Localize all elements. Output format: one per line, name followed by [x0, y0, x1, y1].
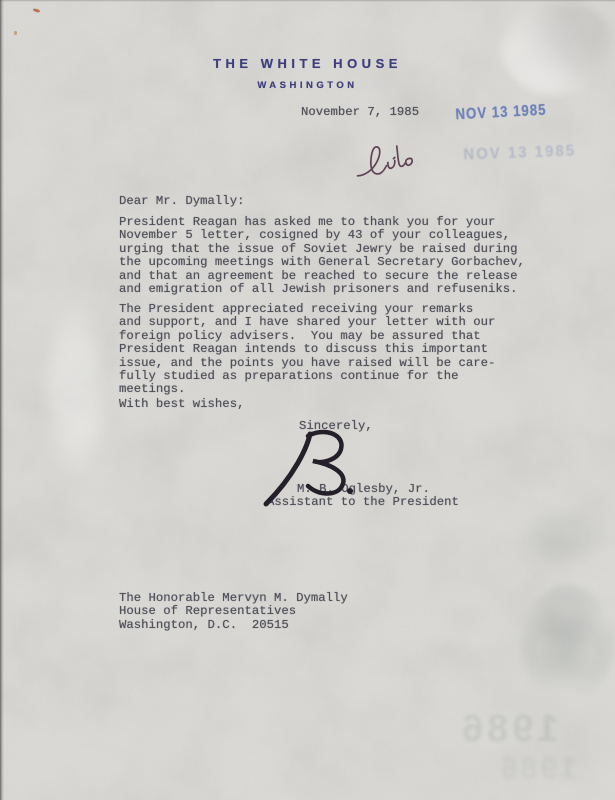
letterhead: THE WHITE HOUSE WASHINGTON — [0, 56, 615, 91]
file-note-i-stroke — [387, 160, 395, 168]
bleedthrough-swirl-mid — [520, 505, 610, 565]
date-received-stamp: NOV 13 1985 — [455, 100, 547, 122]
bleedthrough-year-text-2: 1986 — [498, 752, 577, 786]
signature-period-dot — [347, 488, 353, 494]
scan-edge-shadow-top — [0, 0, 615, 2]
handwritten-file-note-icon — [347, 135, 421, 190]
letterhead-title: THE WHITE HOUSE — [0, 56, 615, 71]
paper-mottle-highlight — [40, 300, 110, 480]
bleedthrough-year-text: 1986 — [458, 708, 559, 751]
recipient-address-block: The Honorable Mervyn M. Dymally House of… — [119, 592, 348, 632]
signature-stem-stroke — [266, 434, 310, 504]
paragraph-1: President Reagan has asked me to thank y… — [119, 216, 525, 296]
signature-icon — [246, 428, 368, 510]
paper-texture — [0, 0, 615, 800]
valediction: With best wishes, — [119, 398, 244, 411]
bleedthrough-crest-shape — [520, 585, 615, 700]
file-note-l-stroke — [396, 145, 405, 167]
signature-loops-stroke — [308, 432, 343, 493]
letter-date: November 7, 1985 — [301, 106, 419, 119]
file-note-e-stroke — [405, 158, 412, 165]
letter-page: 1986 1986 THE WHITE HOUSE WASHINGTON Nov… — [0, 0, 615, 800]
orange-ink-speck — [14, 31, 17, 35]
file-note-i-dot — [393, 157, 395, 158]
red-ink-speck — [33, 8, 41, 13]
salutation: Dear Mr. Dymally: — [119, 195, 244, 208]
letterhead-subtitle: WASHINGTON — [0, 80, 615, 91]
paragraph-2: The President appreciated receiving your… — [119, 303, 495, 397]
scan-edge-shadow — [0, 0, 4, 800]
file-note-f-stroke — [354, 146, 387, 177]
date-received-stamp-faint: NOV 13 1985 — [463, 142, 576, 164]
